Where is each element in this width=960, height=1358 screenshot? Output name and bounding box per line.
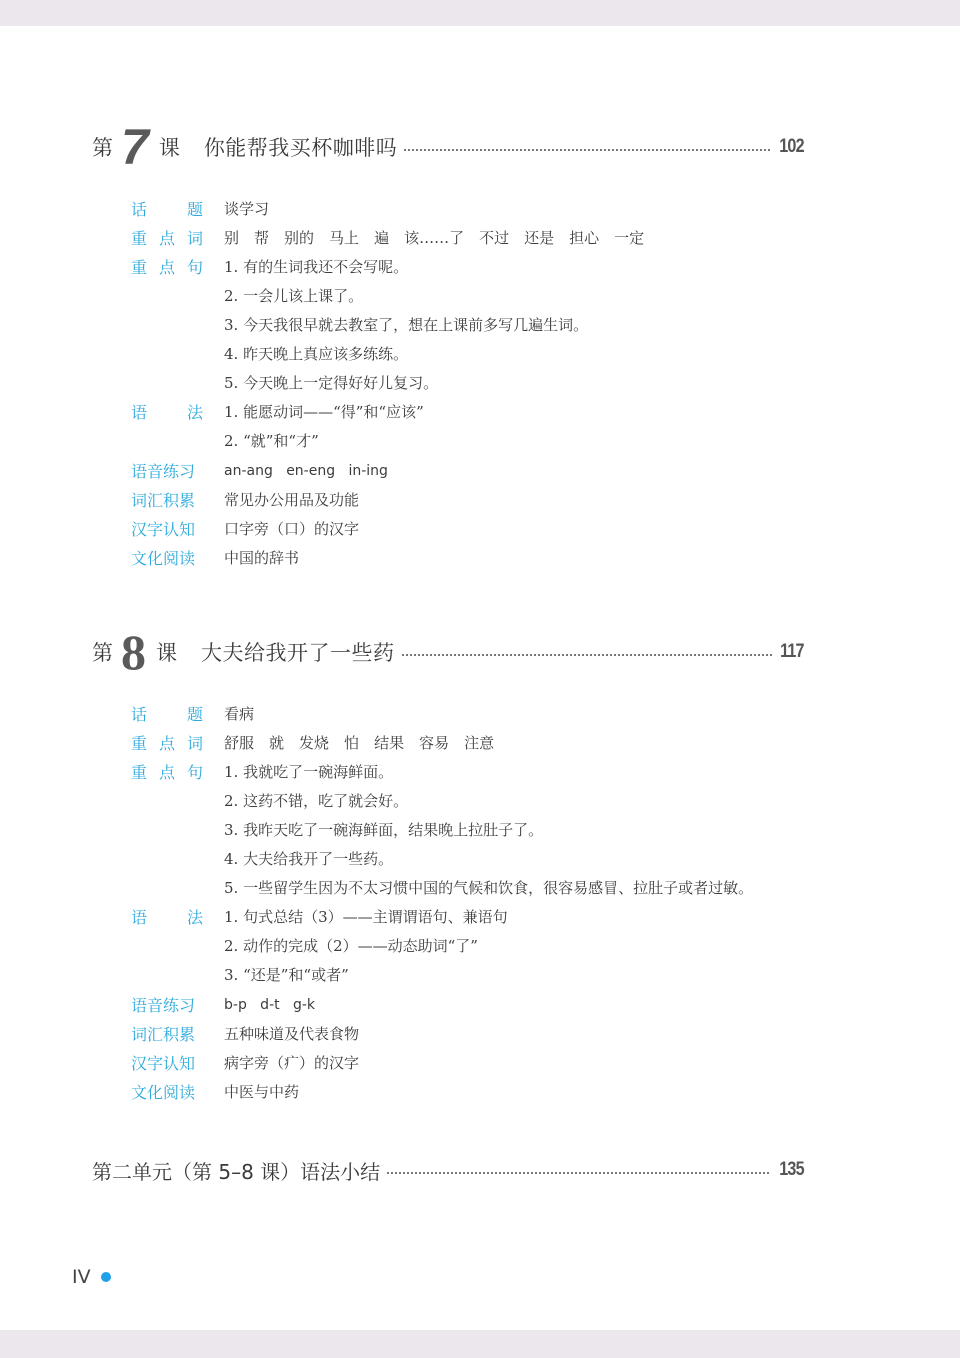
lesson-suffix: 课 <box>156 637 177 667</box>
sentence-item: 2. 这药不错，吃了就会好。 <box>224 790 408 811</box>
vocab-label: 词汇积累 <box>131 488 203 511</box>
unit-summary-title: 第二单元（第 5–8 课）语法小结 <box>92 1156 380 1185</box>
grammar-item: 1. 句式总结（3）——主谓谓语句、兼语句 <box>224 906 508 927</box>
leader-dots <box>401 654 773 656</box>
grammar-label: 语法 <box>131 905 203 928</box>
lesson-number: 8 <box>121 627 146 677</box>
sentence-item: 2. 一会儿该上课了。 <box>224 285 363 306</box>
reading-value: 中医与中药 <box>224 1081 299 1102</box>
grammar-label: 语法 <box>131 400 203 423</box>
hanzi-label: 汉字认知 <box>131 517 203 540</box>
topic-label: 话题 <box>131 702 203 725</box>
hanzi-label: 汉字认知 <box>131 1051 203 1074</box>
topic-label: 话题 <box>131 197 203 220</box>
lesson-7-heading[interactable]: 第 7 课 你能帮我买杯咖啡吗 102 <box>92 122 804 172</box>
grammar-item: 2. 动作的完成（2）——动态助词“了” <box>224 935 478 956</box>
sentence-item: 3. 今天我很早就去教室了，想在上课前多写几遍生词。 <box>224 314 588 335</box>
keywords-value: 舒服就发烧怕结果容易注意 <box>224 732 509 753</box>
sentence-item: 1. 我就吃了一碗海鲜面。 <box>224 761 393 782</box>
hanzi-value: 口字旁（口）的汉字 <box>224 518 359 539</box>
sentence-item: 5. 今天晚上一定得好好儿复习。 <box>224 372 438 393</box>
reading-label: 文化阅读 <box>131 546 203 569</box>
lesson-prefix: 第 <box>92 132 113 162</box>
lesson-title: 你能帮我买杯咖啡吗 <box>204 132 398 162</box>
phonetics-label: 语音练习 <box>131 459 203 482</box>
lesson-8-heading[interactable]: 第 8 课 大夫给我开了一些药 117 <box>92 627 804 677</box>
lesson-number: 7 <box>121 122 149 172</box>
page-numeral: IV <box>72 1266 91 1288</box>
lesson-title: 大夫给我开了一些药 <box>201 637 395 667</box>
vocab-value: 常见办公用品及功能 <box>224 489 359 510</box>
lesson-prefix: 第 <box>92 637 113 667</box>
lesson-page-number: 102 <box>780 136 804 158</box>
sentence-item: 3. 我昨天吃了一碗海鲜面，结果晚上拉肚子了。 <box>224 819 543 840</box>
top-band <box>0 0 960 26</box>
lesson-page-number: 117 <box>780 641 804 663</box>
phonetics-value: b-p d-t g-k <box>224 997 315 1013</box>
reading-value: 中国的辞书 <box>224 547 299 568</box>
hanzi-value: 病字旁（疒）的汉字 <box>224 1052 359 1073</box>
phonetics-value: an-ang en-eng in-ing <box>224 463 388 479</box>
leader-dots <box>386 1172 771 1174</box>
lesson-suffix: 课 <box>159 132 180 162</box>
sentence-item: 4. 昨天晚上真应该多练练。 <box>224 343 408 364</box>
topic-value: 看病 <box>224 703 254 724</box>
sentence-item: 4. 大夫给我开了一些药。 <box>224 848 393 869</box>
keywords-value: 别帮别的马上遍该……了不过还是担心一定 <box>224 227 659 248</box>
topic-value: 谈学习 <box>224 198 269 219</box>
sentences-label: 重点句 <box>131 760 203 783</box>
phonetics-label: 语音练习 <box>131 993 203 1016</box>
unit-summary-entry[interactable]: 第二单元（第 5–8 课）语法小结 135 <box>92 1152 804 1188</box>
sentence-item: 5. 一些留学生因为不太习惯中国的气候和饮食，很容易感冒、拉肚子或者过敏。 <box>224 877 753 898</box>
sentence-item: 1. 有的生词我还不会写呢。 <box>224 256 408 277</box>
page-folio: IV <box>72 1266 111 1288</box>
sentences-label: 重点句 <box>131 255 203 278</box>
grammar-item: 2. “就”和“才” <box>224 430 319 451</box>
leader-dots <box>403 149 771 151</box>
vocab-label: 词汇积累 <box>131 1022 203 1045</box>
vocab-value: 五种味道及代表食物 <box>224 1023 359 1044</box>
grammar-item: 1. 能愿动词——“得”和“应该” <box>224 401 424 422</box>
grammar-item: 3. “还是”和“或者” <box>224 964 349 985</box>
unit-summary-page-number: 135 <box>780 1159 804 1181</box>
keywords-label: 重点词 <box>131 731 203 754</box>
bottom-band <box>0 1330 960 1358</box>
keywords-label: 重点词 <box>131 226 203 249</box>
blue-dot-icon <box>101 1272 111 1282</box>
reading-label: 文化阅读 <box>131 1080 203 1103</box>
